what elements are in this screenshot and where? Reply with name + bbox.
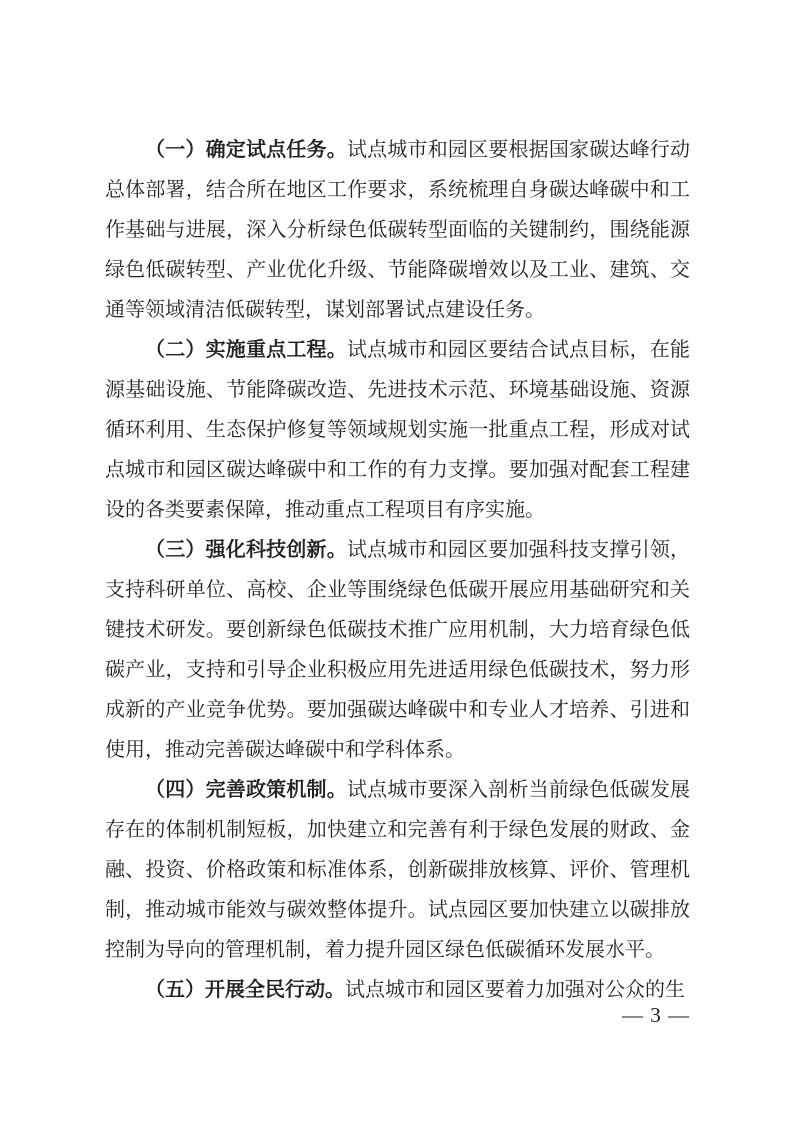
document-body: （一）确定试点任务。试点城市和园区要根据国家碳达峰行动总体部署，结合所在地区工作… xyxy=(105,130,690,1010)
paragraph-3-body: 试点城市和园区要加强科技支撑引领，支持科研单位、高校、企业等围绕绿色低碳开展应用… xyxy=(105,539,690,761)
paragraph-4-heading: （四）完善政策机制。 xyxy=(145,779,347,801)
document-page: （一）确定试点任务。试点城市和园区要根据国家碳达峰行动总体部署，结合所在地区工作… xyxy=(0,0,794,1123)
paragraph-4-body: 试点城市要深入剖析当前绿色低碳发展存在的体制机制短板，加快建立和完善有利于绿色发… xyxy=(105,779,690,961)
page-number: — 3 — xyxy=(622,1000,690,1030)
paragraph-2-heading: （二）实施重点工程。 xyxy=(145,339,347,361)
paragraph-2-body: 试点城市和园区要结合试点目标，在能源基础设施、节能降碳改造、先进技术示范、环境基… xyxy=(105,339,690,521)
paragraph-1-heading: （一）确定试点任务。 xyxy=(145,139,347,161)
paragraph-1: （一）确定试点任务。试点城市和园区要根据国家碳达峰行动总体部署，结合所在地区工作… xyxy=(105,130,690,330)
paragraph-2: （二）实施重点工程。试点城市和园区要结合试点目标，在能源基础设施、节能降碳改造、… xyxy=(105,330,690,530)
paragraph-5-body: 试点城市和园区要着力加强对公众的生 xyxy=(345,979,685,1001)
paragraph-4: （四）完善政策机制。试点城市要深入剖析当前绿色低碳发展存在的体制机制短板，加快建… xyxy=(105,770,690,970)
paragraph-5-heading: （五）开展全民行动。 xyxy=(145,979,345,1001)
paragraph-1-body: 试点城市和园区要根据国家碳达峰行动总体部署，结合所在地区工作要求，系统梳理自身碳… xyxy=(105,139,690,321)
paragraph-3: （三）强化科技创新。试点城市和园区要加强科技支撑引领，支持科研单位、高校、企业等… xyxy=(105,530,690,770)
paragraph-5: （五）开展全民行动。试点城市和园区要着力加强对公众的生 xyxy=(105,970,690,1010)
paragraph-3-heading: （三）强化科技创新。 xyxy=(145,539,347,561)
